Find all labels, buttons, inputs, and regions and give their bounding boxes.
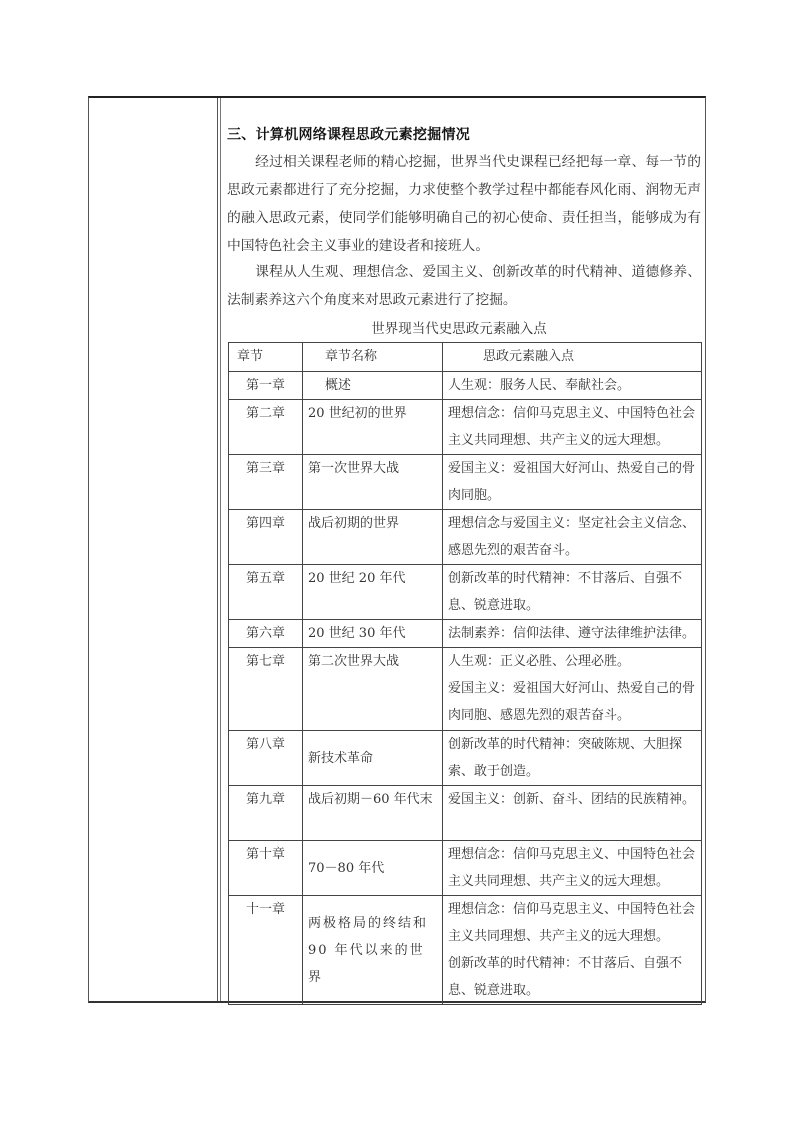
chapter-cell: 第五章	[229, 565, 303, 620]
chapter-name-cell: 20 世纪 20 年代	[303, 565, 443, 620]
table-header-row: 章节 章节名称 思政元素融入点	[229, 343, 702, 372]
ideology-elements-table: 章节 章节名称 思政元素融入点 第一章 概述 人生观：服务人民、奉献社会。 第二…	[228, 342, 702, 1005]
table-row: 第一章 概述 人生观：服务人民、奉献社会。	[229, 372, 702, 400]
elements-cell: 理想信念：信仰马克思主义、中国特色社会主义共同理想、共产主义的远大理想。 创新改…	[443, 896, 702, 1005]
angles-paragraph: 课程从人生观、理想信念、爱国主义、创新改革的时代精神、道德修养、法制素养这六个角…	[227, 258, 701, 314]
header-chapter-name: 章节名称	[303, 343, 443, 372]
table-row: 第三章 第一次世界大战 爱国主义：爱祖国大好河山、热爱自己的骨肉同胞。	[229, 455, 702, 510]
chapter-cell: 第三章	[229, 455, 303, 510]
section-title: 三、计算机网络课程思政元素挖掘情况	[227, 124, 470, 144]
elements-cell: 理想信念：信仰马克思主义、中国特色社会主义共同理想、共产主义的远大理想。	[443, 841, 702, 896]
intro-paragraph: 经过相关课程老师的精心挖掘，世界当代史课程已经把每一章、每一节的思政元素都进行了…	[227, 148, 701, 260]
angles-paragraph-text: 课程从人生观、理想信念、爱国主义、创新改革的时代精神、道德修养、法制素养这六个角…	[227, 264, 701, 308]
table-caption: 世界现当代史思政元素融入点	[221, 317, 705, 337]
elements-cell: 爱国主义：爱祖国大好河山、热爱自己的骨肉同胞。	[443, 455, 702, 510]
table-row: 十一章 两极格局的终结和 90 年代以来的世界 理想信念：信仰马克思主义、中国特…	[229, 896, 702, 1005]
elements-cell: 人生观：正义必胜、公理必胜。 爱国主义：爱祖国大好河山、热爱自己的骨肉同胞、感恩…	[443, 648, 702, 731]
header-chapter: 章节	[229, 343, 303, 372]
elements-cell: 法制素养：信仰法律、遵守法律维护法律。	[443, 620, 702, 648]
outer-table: 三、计算机网络课程思政元素挖掘情况 经过相关课程老师的精心挖掘，世界当代史课程已…	[88, 96, 706, 1003]
element-line: 理想信念：信仰马克思主义、中国特色社会主义共同理想、共产主义的远大理想。	[448, 896, 696, 950]
table-row: 第八章 新技术革命 创新改革的时代精神：突破陈规、大胆探索、敢于创造。	[229, 731, 702, 786]
chapter-name-cell: 20 世纪初的世界	[303, 400, 443, 455]
table-row: 第五章 20 世纪 20 年代 创新改革的时代精神：不甘落后、自强不息、锐意进取…	[229, 565, 702, 620]
table-row: 第二章 20 世纪初的世界 理想信念：信仰马克思主义、中国特色社会主义共同理想、…	[229, 400, 702, 455]
header-elements: 思政元素融入点	[443, 343, 702, 372]
elements-cell: 创新改革的时代精神：不甘落后、自强不息、锐意进取。	[443, 565, 702, 620]
chapter-name-cell: 战后初期的世界	[303, 510, 443, 565]
chapter-cell: 第二章	[229, 400, 303, 455]
chapter-cell: 第一章	[229, 372, 303, 400]
chapter-name-cell: 概述	[303, 372, 443, 400]
chapter-name-cell: 战后初期－60 年代末	[303, 786, 443, 841]
chapter-cell: 第四章	[229, 510, 303, 565]
elements-cell: 理想信念：信仰马克思主义、中国特色社会主义共同理想、共产主义的远大理想。	[443, 400, 702, 455]
chapter-name-cell: 第二次世界大战	[303, 648, 443, 731]
table-row: 第六章 20 世纪 30 年代 法制素养：信仰法律、遵守法律维护法律。	[229, 620, 702, 648]
table-row: 第四章 战后初期的世界 理想信念与爱国主义：坚定社会主义信念、感恩先烈的艰苦奋斗…	[229, 510, 702, 565]
element-line: 爱国主义：爱祖国大好河山、热爱自己的骨肉同胞、感恩先烈的艰苦奋斗。	[448, 675, 696, 729]
intro-paragraph-text: 经过相关课程老师的精心挖掘，世界当代史课程已经把每一章、每一节的思政元素都进行了…	[227, 154, 701, 254]
table-row: 第七章 第二次世界大战 人生观：正义必胜、公理必胜。 爱国主义：爱祖国大好河山、…	[229, 648, 702, 731]
chapter-name-cell: 两极格局的终结和 90 年代以来的世界	[303, 896, 443, 1005]
chapter-cell: 第六章	[229, 620, 303, 648]
chapter-name-cell: 20 世纪 30 年代	[303, 620, 443, 648]
chapter-cell: 第九章	[229, 786, 303, 841]
chapter-cell: 第十章	[229, 841, 303, 896]
elements-cell: 理想信念与爱国主义：坚定社会主义信念、感恩先烈的艰苦奋斗。	[443, 510, 702, 565]
elements-cell: 人生观：服务人民、奉献社会。	[443, 372, 702, 400]
chapter-cell: 第八章	[229, 731, 303, 786]
chapter-cell: 第七章	[229, 648, 303, 731]
element-line: 人生观：正义必胜、公理必胜。	[448, 648, 696, 675]
table-row: 第十章 70－80 年代 理想信念：信仰马克思主义、中国特色社会主义共同理想、共…	[229, 841, 702, 896]
content-cell: 三、计算机网络课程思政元素挖掘情况 经过相关课程老师的精心挖掘，世界当代史课程已…	[220, 98, 705, 1001]
table-row: 第九章 战后初期－60 年代末 爱国主义：创新、奋斗、团结的民族精神。	[229, 786, 702, 841]
chapter-name-cell: 70－80 年代	[303, 841, 443, 896]
elements-cell: 创新改革的时代精神：突破陈规、大胆探索、敢于创造。	[443, 731, 702, 786]
chapter-name-cell: 新技术革命	[303, 731, 443, 786]
element-line: 创新改革的时代精神：不甘落后、自强不息、锐意进取。	[448, 950, 696, 1004]
chapter-name-cell: 第一次世界大战	[303, 455, 443, 510]
chapter-cell: 十一章	[229, 896, 303, 1005]
elements-cell: 爱国主义：创新、奋斗、团结的民族精神。	[443, 786, 702, 841]
left-label-cell	[89, 98, 218, 1001]
